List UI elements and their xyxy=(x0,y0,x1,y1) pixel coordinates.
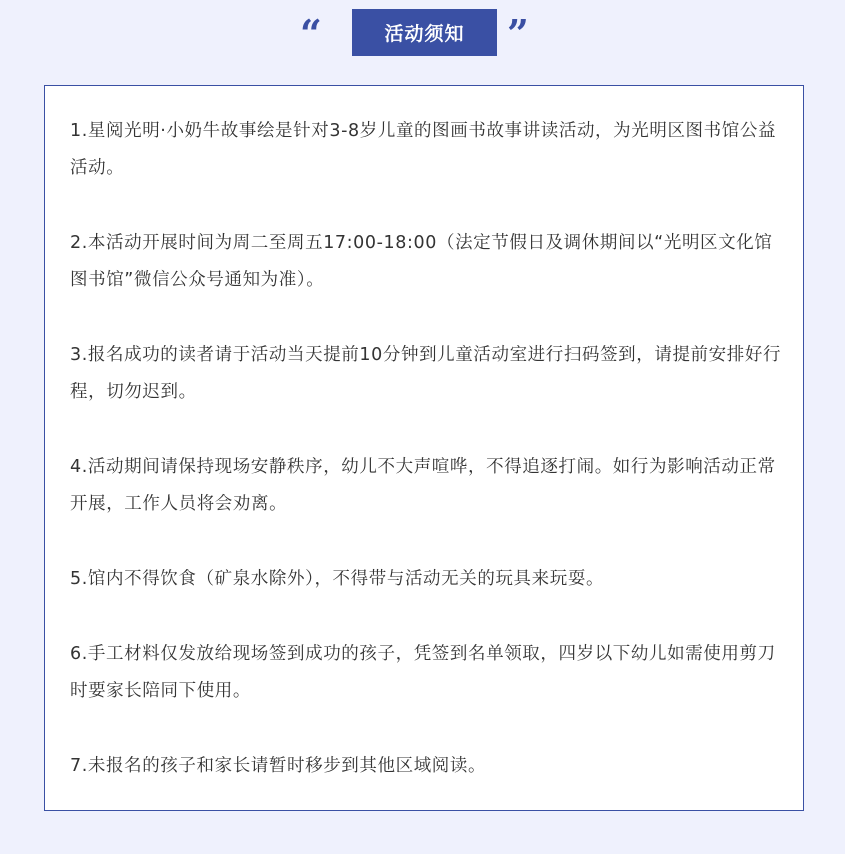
notice-item-4: 4.活动期间请保持现场安静秩序，幼儿不大声喧哗，不得追逐打闹。如行为影响活动正常… xyxy=(70,449,782,523)
notice-item-1: 1.星阅光明·小奶牛故事绘是针对3-8岁儿童的图画书故事讲读活动，为光明区图书馆… xyxy=(70,113,782,187)
notice-box: 1.星阅光明·小奶牛故事绘是针对3-8岁儿童的图画书故事讲读活动，为光明区图书馆… xyxy=(44,85,804,811)
notice-item-5: 5.馆内不得饮食（矿泉水除外），不得带与活动无关的玩具来玩耍。 xyxy=(70,561,782,598)
notice-item-7: 7.未报名的孩子和家长请暂时移步到其他区域阅读。 xyxy=(70,748,782,785)
right-quote-icon: ” xyxy=(507,14,529,54)
notice-item-3: 3.报名成功的读者请于活动当天提前10分钟到儿童活动室进行扫码签到，请提前安排好… xyxy=(70,337,782,411)
title-banner: 活动须知 xyxy=(352,9,497,56)
notice-item-6: 6.手工材料仅发放给现场签到成功的孩子，凭签到名单领取，四岁以下幼儿如需使用剪刀… xyxy=(70,636,782,710)
notice-item-2: 2.本活动开展时间为周二至周五17:00-18:00（法定节假日及调休期间以“光… xyxy=(70,225,782,299)
page-title: 活动须知 xyxy=(384,19,464,46)
left-quote-icon: “ xyxy=(300,14,322,54)
header: “ 活动须知 ” xyxy=(0,0,845,70)
